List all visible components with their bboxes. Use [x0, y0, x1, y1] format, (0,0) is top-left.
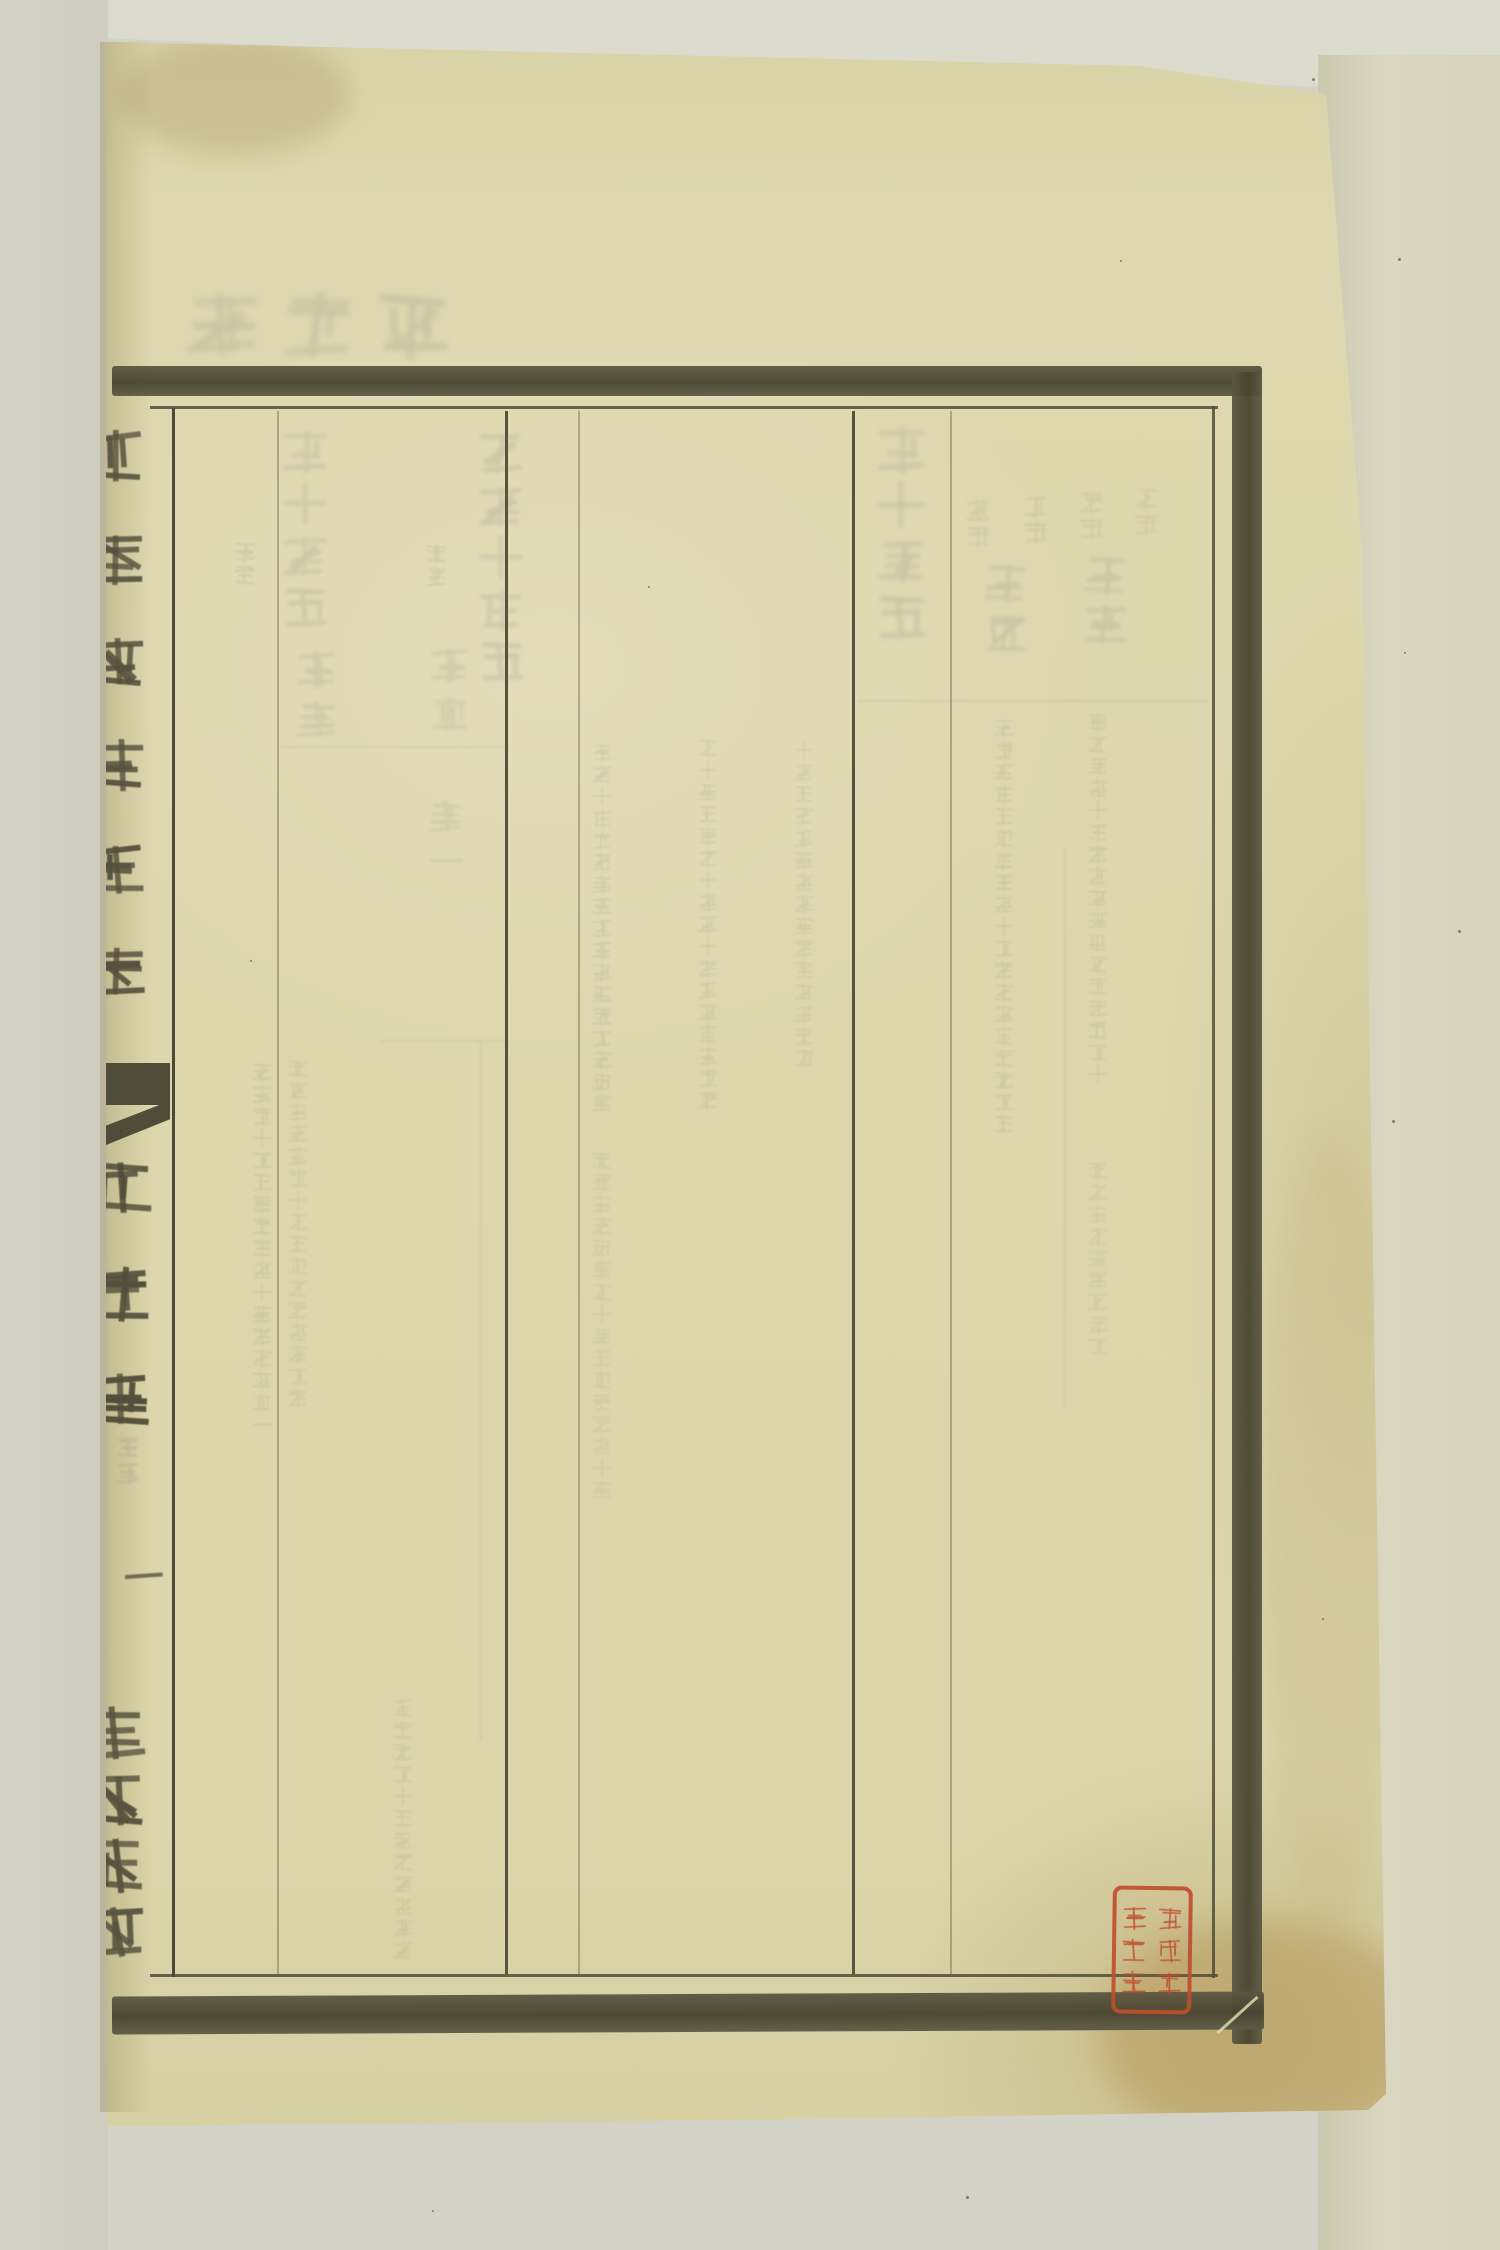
pseudo-cjk-glyph: [698, 914, 718, 934]
glyph-cell: [122, 1554, 165, 1603]
glyph-cell: [282, 584, 328, 636]
pseudo-cjk-glyph: [288, 1344, 308, 1364]
frame-right-line: [1212, 406, 1215, 1978]
pseudo-cjk-glyph: [282, 532, 328, 578]
pseudo-cjk-glyph: [288, 1080, 308, 1100]
glyph-cell: [794, 938, 814, 960]
glyph-cell: [288, 1190, 308, 1212]
pseudo-cjk-glyph: [288, 1124, 308, 1144]
bleed-text-run: [698, 738, 718, 1112]
glyph-cell: [994, 718, 1014, 740]
pseudo-cjk-glyph: [794, 872, 814, 892]
glyph-cell: [393, 1742, 413, 1764]
glyph-cell: [794, 894, 814, 916]
pseudo-cjk-glyph: [592, 896, 612, 916]
pseudo-cjk-glyph: [186, 286, 260, 360]
pseudo-cjk-glyph: [288, 1168, 308, 1188]
pseudo-cjk-glyph: [1088, 1042, 1108, 1062]
pseudo-cjk-glyph: [1088, 888, 1108, 908]
glyph-cell: [794, 960, 814, 982]
glyph-cell: [592, 786, 612, 808]
pseudo-cjk-glyph: [106, 942, 146, 998]
pseudo-cjk-glyph: [1088, 932, 1108, 952]
pseudo-cjk-glyph: [994, 1026, 1014, 1046]
spine-faint-note: [116, 1435, 140, 1487]
glyph-cell: [994, 1114, 1014, 1136]
bleed-text-run: [592, 1150, 612, 1502]
pseudo-cjk-glyph: [592, 1194, 612, 1214]
bleed-header: [186, 286, 452, 360]
pseudo-cjk-glyph: [1121, 1905, 1147, 1931]
glyph-cell: [393, 1896, 413, 1918]
glyph-cell: [984, 560, 1028, 610]
pseudo-cjk-glyph: [592, 1282, 612, 1302]
pseudo-cjk-glyph: [984, 610, 1028, 654]
pseudo-cjk-glyph: [106, 427, 146, 483]
pseudo-cjk-glyph: [1088, 1336, 1108, 1356]
pseudo-cjk-glyph: [698, 1068, 718, 1088]
pseudo-cjk-glyph: [794, 740, 814, 760]
bleed-text-run: [966, 498, 990, 550]
scan-speck: [120, 1130, 122, 1132]
pseudo-cjk-glyph: [794, 828, 814, 848]
pseudo-cjk-glyph: [698, 892, 718, 912]
glyph-cell: [234, 564, 256, 588]
pseudo-cjk-glyph: [478, 638, 524, 684]
pseudo-cjk-glyph: [428, 798, 464, 834]
pseudo-cjk-glyph: [106, 1769, 146, 1829]
pseudo-cjk-glyph: [1088, 1270, 1108, 1290]
glyph-cell: [252, 1304, 272, 1326]
bleed-text-run: [296, 648, 338, 748]
pseudo-cjk-glyph: [478, 534, 524, 580]
pseudo-cjk-glyph: [592, 1348, 612, 1368]
fishtail-band: [106, 1063, 170, 1105]
glyph-cell: [393, 1764, 413, 1786]
glyph-cell: [393, 1830, 413, 1852]
glyph-cell: [106, 1263, 152, 1369]
pseudo-cjk-glyph: [994, 938, 1014, 958]
glyph-cell: [282, 428, 328, 480]
scan-speck: [1312, 78, 1315, 81]
glyph-cell: [794, 916, 814, 938]
pseudo-cjk-glyph: [282, 428, 328, 474]
glyph-cell: [116, 1435, 140, 1461]
glyph-cell: [592, 742, 612, 764]
glyph-cell: [252, 1414, 272, 1436]
glyph-cell: [393, 1720, 413, 1742]
pseudo-cjk-glyph: [288, 1190, 308, 1210]
glyph-cell: [1088, 932, 1108, 954]
pseudo-cjk-glyph: [1088, 1248, 1108, 1268]
fishtail-tail: [106, 1099, 170, 1145]
pseudo-cjk-glyph: [592, 1150, 612, 1170]
pseudo-cjk-glyph: [106, 530, 146, 586]
pseudo-cjk-glyph: [393, 1698, 413, 1718]
pseudo-cjk-glyph: [252, 1106, 272, 1126]
pseudo-cjk-glyph: [1080, 490, 1104, 514]
glyph-cell: [478, 586, 524, 638]
glyph-cell: [994, 1026, 1014, 1048]
glyph-cell: [794, 784, 814, 806]
glyph-cell: [288, 1102, 308, 1124]
glyph-cell: [592, 1028, 612, 1050]
pseudo-cjk-glyph: [592, 786, 612, 806]
pseudo-cjk-glyph: [393, 1940, 413, 1960]
pseudo-cjk-glyph: [106, 839, 146, 895]
pseudo-cjk-glyph: [994, 784, 1014, 804]
glyph-cell: [994, 850, 1014, 872]
glyph-cell: [106, 1703, 146, 1769]
glyph-cell: [393, 1940, 413, 1962]
pseudo-cjk-glyph: [698, 738, 718, 758]
pseudo-cjk-glyph: [994, 1092, 1014, 1112]
pseudo-cjk-glyph: [994, 960, 1014, 980]
spine-volume: [106, 1157, 152, 1475]
pseudo-cjk-glyph: [592, 940, 612, 960]
pseudo-cjk-glyph: [1024, 520, 1048, 544]
glyph-cell: [1088, 1182, 1108, 1204]
pseudo-cjk-glyph: [698, 958, 718, 978]
glyph-cell: [994, 1092, 1014, 1114]
pseudo-cjk-glyph: [592, 1050, 612, 1070]
pseudo-cjk-glyph: [1088, 954, 1108, 974]
pseudo-cjk-glyph: [698, 980, 718, 1000]
pseudo-cjk-glyph: [698, 848, 718, 868]
glyph-cell: [984, 610, 1028, 660]
glyph-cell: [1088, 1204, 1108, 1226]
glyph-cell: [430, 693, 470, 741]
pseudo-cjk-glyph: [252, 1172, 272, 1192]
pseudo-cjk-glyph: [994, 740, 1014, 760]
glyph-cell: [288, 1212, 308, 1234]
pseudo-cjk-glyph: [1084, 552, 1128, 596]
scan-speck: [250, 960, 252, 962]
pseudo-cjk-glyph: [794, 762, 814, 782]
pseudo-cjk-glyph: [288, 1058, 308, 1078]
glyph-cell: [106, 1769, 146, 1835]
glyph-cell: [288, 1388, 308, 1410]
glyph-cell: [252, 1260, 272, 1282]
glyph-cell: [430, 645, 470, 693]
showthrough-rule-line: [858, 700, 1208, 702]
glyph-cell: [1088, 822, 1108, 844]
pseudo-cjk-glyph: [592, 1238, 612, 1258]
paper-stain-top-left: [120, 35, 350, 155]
scan-speck: [648, 586, 650, 588]
pseudo-cjk-glyph: [1088, 998, 1108, 1018]
pseudo-cjk-glyph: [1088, 734, 1108, 754]
pseudo-cjk-glyph: [234, 540, 256, 562]
glyph-cell: [592, 1194, 612, 1216]
glyph-cell: [252, 1194, 272, 1216]
showthrough-rule-line: [380, 1040, 506, 1042]
pseudo-cjk-glyph: [106, 633, 146, 689]
pseudo-cjk-glyph: [794, 982, 814, 1002]
glyph-cell: [252, 1216, 272, 1238]
glyph-cell: [994, 1004, 1014, 1026]
bleed-text-run: [794, 740, 814, 1070]
scan-speck: [1392, 1120, 1395, 1123]
pseudo-cjk-glyph: [252, 1128, 272, 1148]
pseudo-cjk-glyph: [393, 1874, 413, 1894]
glyph-cell: [794, 828, 814, 850]
glyph-cell: [1080, 516, 1104, 542]
pseudo-cjk-glyph: [966, 524, 990, 548]
glyph-cell: [592, 1172, 612, 1194]
pseudo-cjk-glyph: [592, 1480, 612, 1500]
glyph-cell: [1088, 998, 1108, 1020]
pseudo-cjk-glyph: [116, 1461, 140, 1485]
pseudo-cjk-glyph: [252, 1392, 272, 1412]
pseudo-cjk-glyph: [288, 1102, 308, 1122]
pseudo-cjk-glyph: [994, 850, 1014, 870]
glyph-cell: [794, 1026, 814, 1048]
pseudo-cjk-glyph: [994, 1004, 1014, 1024]
bleed-text-run: [1024, 494, 1048, 546]
glyph-cell: [994, 1048, 1014, 1070]
column-line-faint-3: [950, 411, 952, 1974]
pseudo-cjk-glyph: [698, 1046, 718, 1066]
pseudo-cjk-glyph: [1088, 866, 1108, 886]
pseudo-cjk-glyph: [592, 1260, 612, 1280]
glyph-cell: [794, 982, 814, 1004]
glyph-cell: [252, 1062, 272, 1084]
pseudo-cjk-glyph: [1088, 1182, 1108, 1202]
glyph-cell: [794, 872, 814, 894]
glyph-cell: [1088, 756, 1108, 778]
glyph-cell: [794, 1004, 814, 1026]
pseudo-cjk-glyph: [592, 874, 612, 894]
pseudo-cjk-glyph: [592, 764, 612, 784]
glyph-cell: [592, 1260, 612, 1282]
glyph-cell: [106, 1835, 146, 1901]
pseudo-cjk-glyph: [994, 982, 1014, 1002]
glyph-cell: [876, 480, 926, 536]
pseudo-cjk-glyph: [252, 1194, 272, 1214]
glyph-cell: [592, 1414, 612, 1436]
spine-page-number: [122, 1554, 165, 1603]
pseudo-cjk-glyph: [698, 782, 718, 802]
glyph-cell: [393, 1786, 413, 1808]
pseudo-cjk-glyph: [1088, 712, 1108, 732]
pseudo-cjk-glyph: [876, 424, 926, 474]
showthrough-rule-line: [480, 1042, 482, 1742]
spine-border-line: [172, 408, 175, 1977]
bleed-text-run: [1088, 1160, 1108, 1358]
glyph-cell: [794, 1048, 814, 1070]
glyph-cell: [698, 1002, 718, 1024]
glyph-cell: [1088, 844, 1108, 866]
pseudo-cjk-glyph: [1088, 756, 1108, 776]
pseudo-cjk-glyph: [234, 564, 256, 586]
glyph-cell: [106, 1157, 152, 1263]
pseudo-cjk-glyph: [966, 498, 990, 522]
pseudo-cjk-glyph: [393, 1742, 413, 1762]
bleed-text-run: [592, 742, 612, 1116]
glyph-cell: [106, 736, 146, 839]
pseudo-cjk-glyph: [393, 1786, 413, 1806]
glyph-cell: [698, 804, 718, 826]
showthrough-rule-line: [1064, 848, 1066, 1408]
spine-column: [106, 415, 172, 1977]
glyph-cell: [794, 740, 814, 762]
pseudo-cjk-glyph: [592, 1458, 612, 1478]
pseudo-cjk-glyph: [1024, 494, 1048, 518]
glyph-cell: [426, 566, 448, 590]
bleed-text-run: [994, 718, 1014, 1136]
pseudo-cjk-glyph: [252, 1370, 272, 1390]
column-line-faint-1: [277, 411, 279, 1974]
bleed-text-run: [234, 540, 256, 588]
glyph-cell: [1088, 1336, 1108, 1358]
pseudo-cjk-glyph: [252, 1084, 272, 1104]
glyph-cell: [592, 1238, 612, 1260]
bleed-text-run: [428, 798, 464, 886]
glyph-cell: [794, 806, 814, 828]
glyph-cell: [1088, 976, 1108, 998]
pseudo-cjk-glyph: [288, 1366, 308, 1386]
glyph-cell: [1088, 712, 1108, 734]
pseudo-cjk-glyph: [288, 1146, 308, 1166]
pseudo-cjk-glyph: [106, 736, 146, 792]
column-line-dark-1: [505, 411, 508, 1974]
glyph-cell: [698, 848, 718, 870]
glyph-cell: [698, 1068, 718, 1090]
glyph-cell: [592, 852, 612, 874]
glyph-cell: [698, 738, 718, 760]
glyph-cell: [1088, 1020, 1108, 1042]
glyph-cell: [288, 1256, 308, 1278]
glyph-cell: [288, 1234, 308, 1256]
scan-speck: [1120, 260, 1122, 262]
pseudo-cjk-glyph: [592, 1326, 612, 1346]
glyph-cell: [106, 942, 146, 1045]
glyph-cell: [1088, 1248, 1108, 1270]
scan-speck: [1398, 258, 1401, 261]
glyph-cell: [592, 1006, 612, 1028]
pseudo-cjk-glyph: [1157, 1937, 1183, 1963]
frame-bottom-band: [112, 1991, 1264, 2034]
glyph-cell: [288, 1058, 308, 1080]
glyph-cell: [288, 1322, 308, 1344]
pseudo-cjk-glyph: [430, 645, 470, 685]
glyph-cell: [106, 427, 146, 530]
pseudo-cjk-glyph: [252, 1326, 272, 1346]
glyph-cell: [876, 536, 926, 592]
glyph-cell: [234, 540, 256, 564]
glyph-cell: [252, 1348, 272, 1370]
showthrough-rule-line: [280, 746, 506, 748]
bleed-text-run: [984, 560, 1028, 660]
pseudo-cjk-glyph: [252, 1282, 272, 1302]
pseudo-cjk-glyph: [288, 1300, 308, 1320]
glyph-cell: [592, 1480, 612, 1502]
pseudo-cjk-glyph: [1088, 844, 1108, 864]
pseudo-cjk-glyph: [794, 784, 814, 804]
pseudo-cjk-glyph: [106, 1835, 146, 1895]
library-seal: [1111, 1885, 1193, 2014]
seal-text-column-2: [1120, 1905, 1147, 1995]
bleed-text-run: [282, 428, 328, 636]
glyph-cell: [994, 872, 1014, 894]
pseudo-cjk-glyph: [1088, 910, 1108, 930]
frame-top-line: [150, 406, 1218, 409]
glyph-cell: [994, 1070, 1014, 1092]
glyph-cell: [393, 1918, 413, 1940]
pseudo-cjk-glyph: [794, 850, 814, 870]
glyph-cell: [478, 430, 524, 482]
glyph-cell: [393, 1874, 413, 1896]
pseudo-cjk-glyph: [1088, 1314, 1108, 1334]
pseudo-cjk-glyph: [592, 918, 612, 938]
pseudo-cjk-glyph: [106, 1157, 152, 1217]
pseudo-cjk-glyph: [876, 480, 926, 530]
pseudo-cjk-glyph: [288, 1234, 308, 1254]
pseudo-cjk-glyph: [288, 1322, 308, 1342]
bleed-text-run: [426, 542, 448, 590]
glyph-cell: [592, 1458, 612, 1480]
glyph-cell: [994, 982, 1014, 1004]
pseudo-cjk-glyph: [1088, 1160, 1108, 1180]
glyph-cell: [252, 1326, 272, 1348]
glyph-cell: [698, 826, 718, 848]
pseudo-cjk-glyph: [1088, 1204, 1108, 1224]
glyph-cell: [282, 480, 328, 532]
glyph-cell: [288, 1344, 308, 1366]
pseudo-cjk-glyph: [794, 806, 814, 826]
pseudo-cjk-glyph: [994, 762, 1014, 782]
glyph-cell: [252, 1150, 272, 1172]
glyph-cell: [592, 918, 612, 940]
glyph-cell: [252, 1084, 272, 1106]
scan-speck: [1458, 930, 1461, 933]
scanner-bed-left: [0, 0, 108, 2250]
seal-text-column-1: [1156, 1905, 1183, 1995]
glyph-cell: [1088, 1160, 1108, 1182]
glyph-cell: [698, 870, 718, 892]
pseudo-cjk-glyph: [1088, 1226, 1108, 1246]
pseudo-cjk-glyph: [282, 584, 328, 630]
scan-speck: [432, 2210, 434, 2212]
pseudo-cjk-glyph: [1134, 512, 1158, 536]
glyph-cell: [252, 1370, 272, 1392]
pseudo-cjk-glyph: [1134, 486, 1158, 510]
pseudo-cjk-glyph: [106, 1703, 146, 1763]
pseudo-cjk-glyph: [994, 1048, 1014, 1068]
glyph-cell: [288, 1300, 308, 1322]
pseudo-cjk-glyph: [592, 742, 612, 762]
pseudo-cjk-glyph: [378, 286, 452, 360]
pseudo-cjk-glyph: [698, 1024, 718, 1044]
glyph-cell: [994, 806, 1014, 828]
glyph-cell: [426, 542, 448, 566]
glyph-cell: [794, 762, 814, 784]
glyph-cell: [994, 960, 1014, 982]
bleed-text-run: [1134, 486, 1158, 538]
bleed-text-run: [1088, 712, 1108, 1086]
bleed-text-run: [430, 645, 470, 741]
glyph-cell: [1088, 734, 1108, 756]
pseudo-cjk-glyph: [428, 842, 464, 878]
pseudo-cjk-glyph: [794, 960, 814, 980]
glyph-cell: [592, 940, 612, 962]
frame-bottom-line: [150, 1974, 1218, 1977]
pseudo-cjk-glyph: [478, 482, 524, 528]
glyph-cell: [1024, 520, 1048, 546]
glyph-cell: [288, 1124, 308, 1146]
glyph-cell: [106, 1901, 146, 1967]
